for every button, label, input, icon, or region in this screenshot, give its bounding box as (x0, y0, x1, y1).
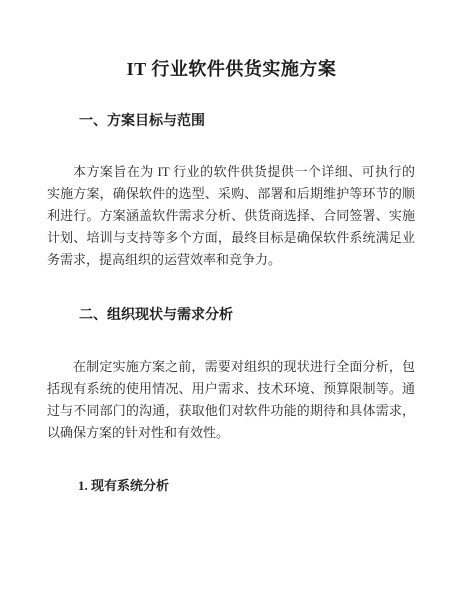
section-2-heading: 二、组织现状与需求分析 (47, 304, 415, 324)
document-title: IT 行业软件供货实施方案 (0, 56, 463, 82)
document-content: 一、方案目标与范围 本方案旨在为 IT 行业的软件供货提供一个详细、可执行的实施… (47, 110, 415, 495)
section-1-heading: 一、方案目标与范围 (47, 110, 415, 130)
section-2-paragraph: 在制定实施方案之前，需要对组织的现状进行全面分析，包括现有系统的使用情况、用户需… (47, 356, 415, 444)
section-1-paragraph: 本方案旨在为 IT 行业的软件供货提供一个详细、可执行的实施方案，确保软件的选型… (47, 161, 415, 271)
document-page: IT 行业软件供货实施方案 一、方案目标与范围 本方案旨在为 IT 行业的软件供… (0, 0, 463, 600)
section-2-subheading: 1. 现有系统分析 (47, 477, 415, 495)
